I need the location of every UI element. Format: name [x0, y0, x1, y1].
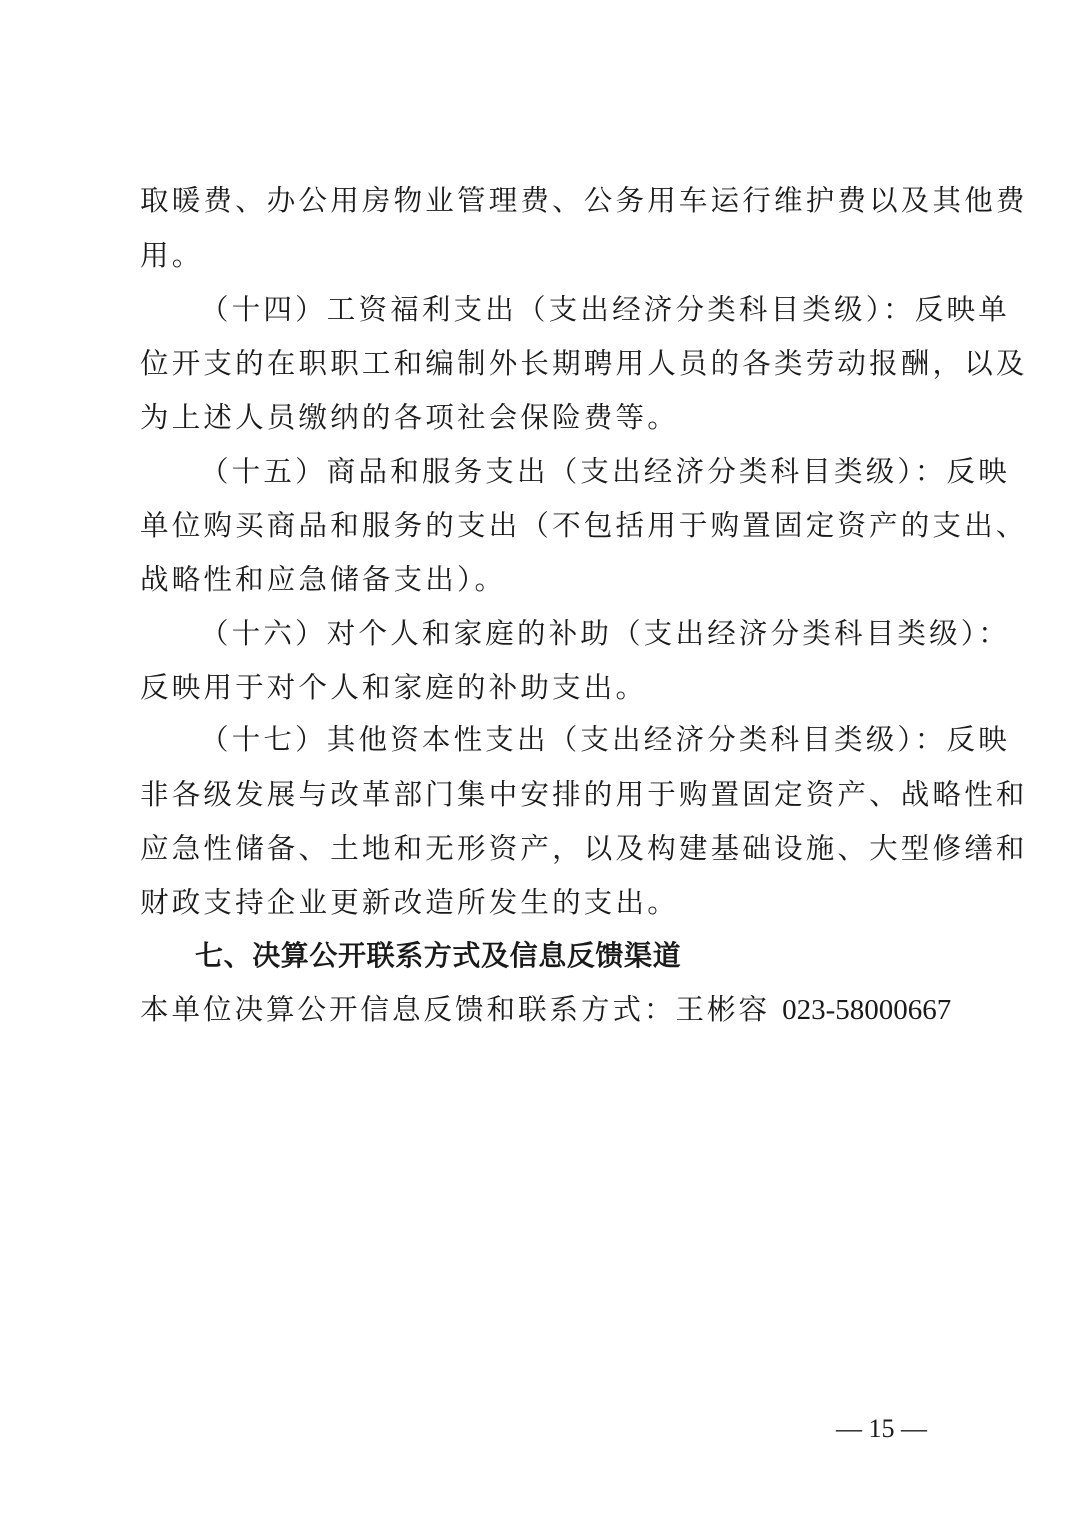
item-17-title-line: （十七）其他资本性支出（支出经济分类科目类级）：反映	[200, 722, 1000, 758]
contact-name: 王彬容	[676, 993, 771, 1026]
paragraph-line: 战略性和应急储备支出）。	[140, 562, 940, 598]
section-heading: 七、决算公开联系方式及信息反馈渠道	[195, 938, 681, 974]
document-page: 取暖费、办公用房物业管理费、公务用车运行维护费以及其他费 用。 （十四）工资福利…	[0, 0, 1075, 1520]
item-14-title-line: （十四）工资福利支出（支出经济分类科目类级）：反映单	[200, 292, 1000, 328]
page-number: — 15 —	[836, 1414, 927, 1444]
paragraph-line: 取暖费、办公用房物业管理费、公务用车运行维护费以及其他费	[140, 183, 940, 219]
contact-phone: 023-58000667	[782, 994, 951, 1026]
paragraph-line: 用。	[140, 238, 940, 274]
item-15-title-line: （十五）商品和服务支出（支出经济分类科目类级）：反映	[200, 454, 1000, 490]
paragraph-line: 非各级发展与改革部门集中安排的用于购置固定资产、战略性和	[140, 777, 940, 813]
contact-label: 本单位决算公开信息反馈和联系方式：	[140, 993, 676, 1026]
paragraph-line: 位开支的在职职工和编制外长期聘用人员的各类劳动报酬，以及	[140, 346, 940, 382]
paragraph-line: 反映用于对个人和家庭的补助支出。	[140, 670, 940, 706]
paragraph-line: 单位购买商品和服务的支出（不包括用于购置固定资产的支出、	[140, 508, 940, 544]
item-16-title-line: （十六）对个人和家庭的补助（支出经济分类科目类级）：	[200, 616, 1000, 652]
contact-line: 本单位决算公开信息反馈和联系方式：王彬容 023-58000667	[140, 992, 951, 1028]
paragraph-line: 财政支持企业更新改造所发生的支出。	[140, 885, 940, 921]
paragraph-line: 为上述人员缴纳的各项社会保险费等。	[140, 400, 940, 436]
paragraph-line: 应急性储备、土地和无形资产，以及构建基础设施、大型修缮和	[140, 831, 940, 867]
